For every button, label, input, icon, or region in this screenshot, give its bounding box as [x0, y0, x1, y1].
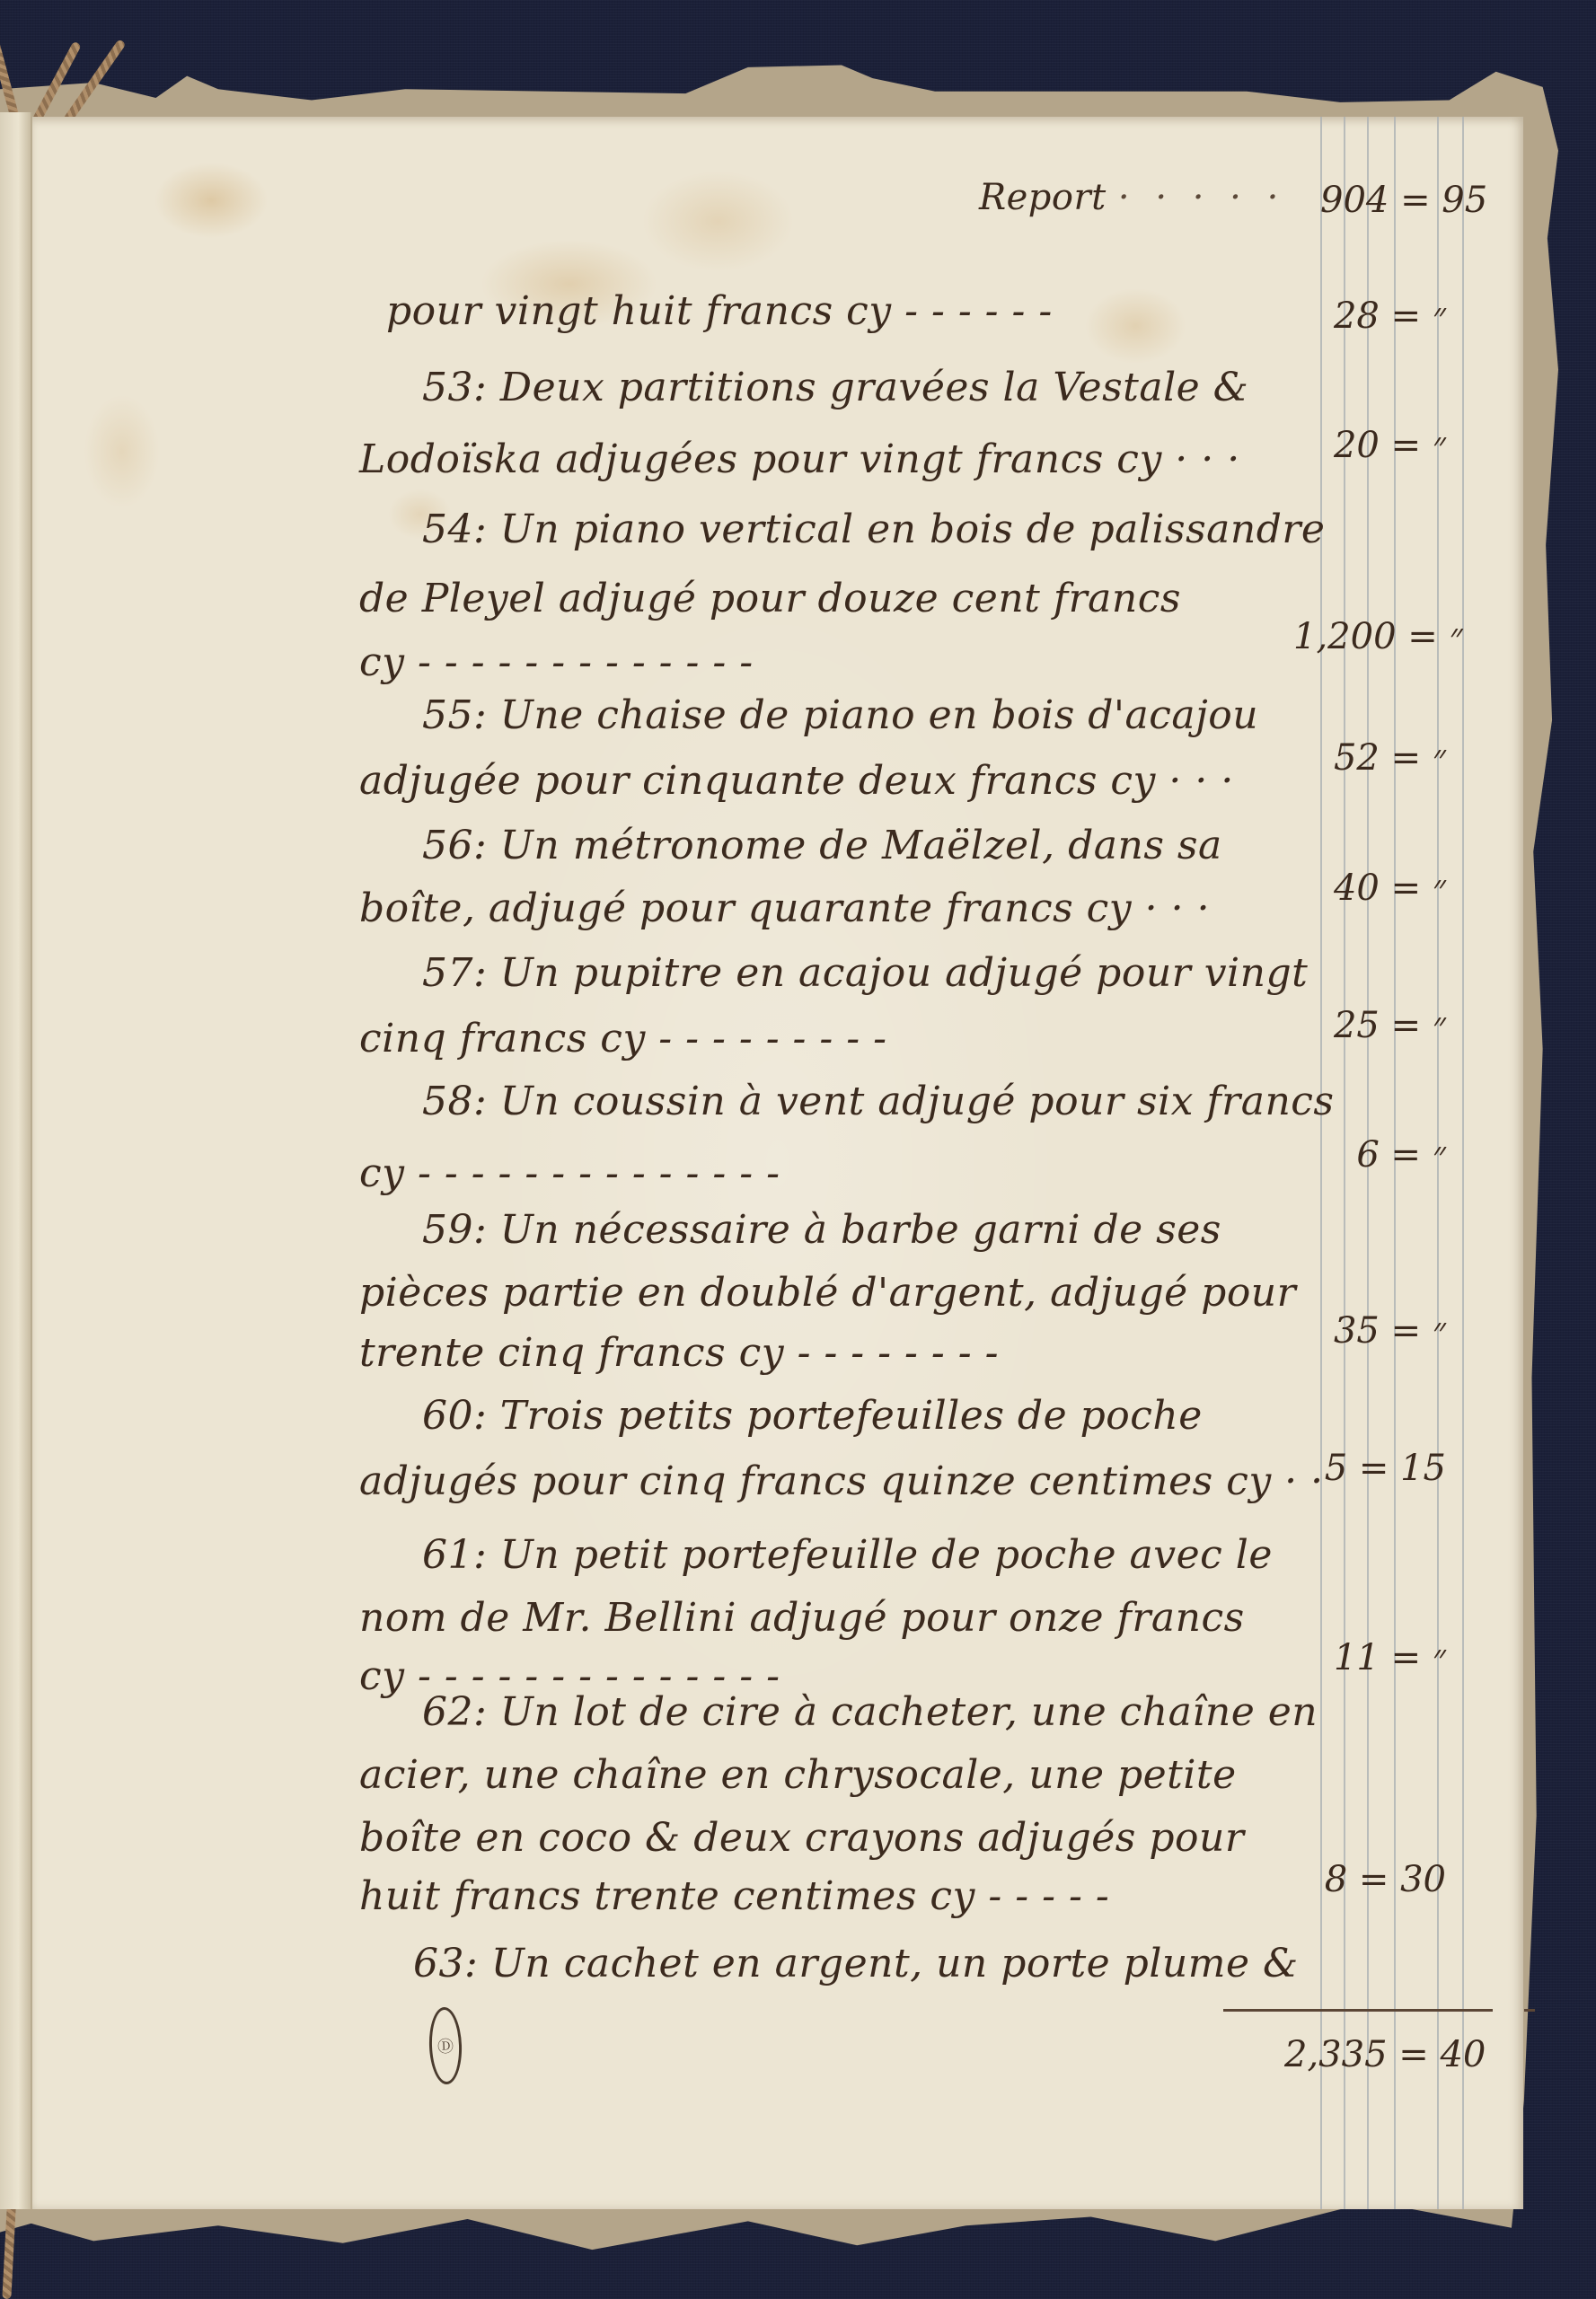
entry-amount: 11 = ״	[1293, 1636, 1446, 1678]
entry-amount: 20 = ״	[1293, 424, 1446, 466]
page-total-amount: 2,335 = 40	[1284, 2034, 1482, 2075]
entry-line: adjugés pour cinq francs quinze centimes…	[359, 1462, 1324, 1502]
entry-line: trente cinq francs cy - - - - - - - -	[359, 1334, 999, 1373]
carried-forward-amount: 904 = 95	[1320, 180, 1473, 221]
entry-amount: 25 = ״	[1293, 1004, 1446, 1046]
entry-line: huit francs trente centimes cy - - - - -	[359, 1877, 1109, 1916]
total-rule	[1223, 2009, 1493, 2012]
entry-line: 63: Un cachet en argent, un porte plume …	[413, 1944, 1299, 1984]
entry-line: nom de Mr. Bellini adjugé pour onze fran…	[359, 1599, 1245, 1638]
entry-line: 57: Un pupitre en acajou adjugé pour vin…	[422, 954, 1308, 993]
entry-line: 54: Un piano vertical en bois de palissa…	[422, 510, 1325, 550]
total-rule-tick	[1524, 2009, 1535, 2012]
entry-line: 60: Trois petits portefeuilles de poche	[422, 1396, 1203, 1436]
entry-amount: 40 = ״	[1293, 867, 1446, 909]
entry-line: acier, une chaîne en chrysocale, une pet…	[359, 1756, 1237, 1795]
entry-line: cy - - - - - - - - - - - - -	[359, 643, 754, 683]
ruled-column-line	[1462, 117, 1464, 2209]
entry-amount: 6 = ״	[1293, 1133, 1446, 1176]
entry-amount: 1,200 = ״	[1293, 615, 1446, 657]
entry-line: pour vingt huit francs cy - - - - - -	[386, 292, 1053, 331]
entry-amount: 28 = ״	[1293, 295, 1446, 337]
entry-line: adjugée pour cinquante deux francs cy · …	[359, 762, 1234, 801]
entry-amount: 35 = ״	[1293, 1309, 1446, 1352]
entry-amount: 5 = 15	[1293, 1448, 1446, 1489]
entry-line: pièces partie en doublé d'argent, adjugé…	[359, 1273, 1296, 1313]
entry-line: 61: Un petit portefeuille de poche avec …	[422, 1536, 1273, 1575]
entry-line: 62: Un lot de cire à cacheter, une chaîn…	[422, 1693, 1318, 1732]
entry-line: cy - - - - - - - - - - - - - -	[359, 1154, 780, 1194]
entry-line: 59: Un nécessaire à barbe garni de ses	[422, 1211, 1221, 1250]
entry-line: Lodoïska adjugées pour vingt francs cy ·…	[359, 440, 1240, 480]
entry-line: boîte en coco & deux crayons adjugés pou…	[359, 1819, 1244, 1858]
entry-amount: 52 = ״	[1293, 736, 1446, 779]
carried-forward-label: Report · · · · ·	[979, 180, 1285, 216]
entry-amount: 8 = 30	[1293, 1859, 1446, 1900]
entry-line: 58: Un coussin à vent adjugé pour six fr…	[422, 1082, 1335, 1122]
entry-line: de Pleyel adjugé pour douze cent francs	[359, 579, 1181, 619]
entry-line: 55: Une chaise de piano en bois d'acajou	[422, 696, 1258, 736]
entry-line: 56: Un métronome de Maëlzel, dans sa	[422, 826, 1222, 866]
entry-line: 53: Deux partitions gravées la Vestale &	[422, 368, 1248, 408]
entry-line: cinq francs cy - - - - - - - - -	[359, 1019, 886, 1059]
entry-line: boîte, adjugé pour quarante francs cy · …	[359, 889, 1210, 929]
facing-page-edge	[0, 112, 32, 2209]
